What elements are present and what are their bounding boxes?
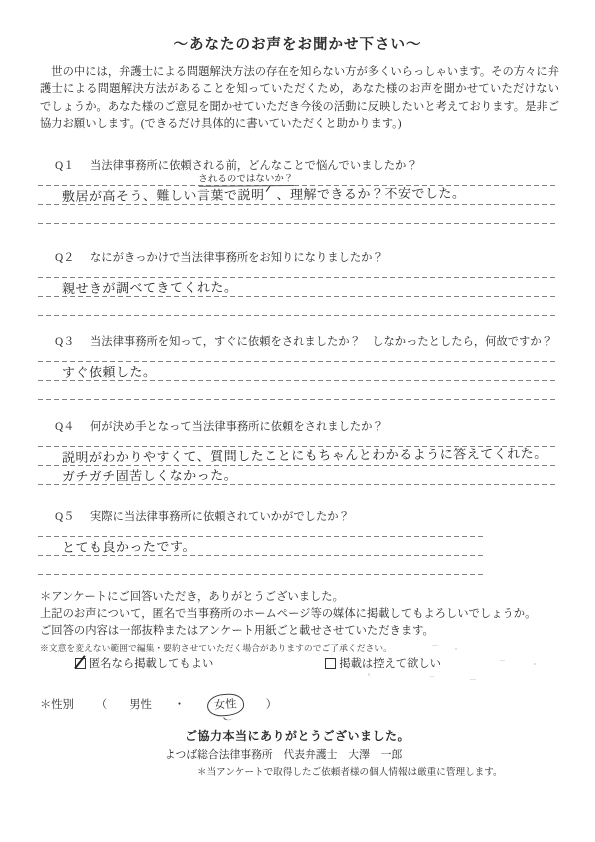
consent-checkbox-row: 匿名なら掲載してもよい 掲載は控えて欲しい [75, 655, 555, 671]
question-text: 何が決め手となって当法律事務所に依頼をされましたか？ [90, 420, 557, 435]
handwritten-answer: ガチガチ固苦しくなかった。 [62, 464, 237, 485]
question-row: Q１ 当法律事務所に依頼される前，どんなことで悩んでいましたか？ [40, 159, 557, 174]
scan-noise [470, 679, 476, 680]
scan-noise [534, 663, 536, 665]
question-row: Q４ 何が決め手となって当法律事務所に依頼をされましたか？ [40, 420, 557, 435]
question-label: Q５ [40, 510, 90, 525]
question-block-q3: Q３ 当法律事務所を知って，すぐに依頼をされましたか？ しなかったとしたら，何故… [40, 335, 557, 405]
question-label: Q３ [40, 335, 90, 350]
gender-paren-close: ） [266, 699, 277, 711]
question-text: 当法律事務所に依頼される前，どんなことで悩んでいましたか？ [90, 159, 557, 174]
answer-text-before: 敷居が高そう、難しい言葉で説明 [62, 188, 265, 205]
answer-text-after: 、理解できるか？不安でした。 [276, 186, 465, 203]
dashed-line [38, 223, 555, 224]
closing-thanks-note: ＊アンケートにご回答いただき，ありがとうございました。 [40, 589, 559, 606]
closing-publish-detail: ご回答の内容は一部抜粋またはアンケート用紙ごと載せさせていただきます。 [40, 623, 559, 640]
answer-area: 説明がわかりやすくて、質問したことにもちゃんとわかるように答えてくれた。 ガチガ… [40, 446, 557, 490]
question-label: Q１ [40, 159, 90, 174]
scan-noise [430, 676, 434, 677]
answer-area: 敷居が高そう、難しい言葉で説明されるのではないか？、理解できるか？不安でした。 [40, 185, 557, 229]
edit-note: ※文意を変えない範囲で編集・要約させていただく場合がありますのでご了承ください。 [40, 641, 559, 654]
gender-paren-open: （ [96, 699, 107, 711]
handwritten-answer: すぐ依頼した。 [62, 361, 157, 381]
insertion-caret-mark [265, 186, 276, 196]
dashed-line [38, 574, 484, 575]
dashed-line [38, 315, 555, 316]
question-block-q4: Q４ 何が決め手となって当法律事務所に依頼をされましたか？ 説明がわかりやすくて… [40, 420, 557, 490]
closing-notes: ＊アンケートにご回答いただき，ありがとうございました。 上記のお声について，匿名… [40, 589, 559, 641]
checkbox-decline-label: 掲載は控えて欲しい [339, 655, 441, 671]
question-block-q1: Q１ 当法律事務所に依頼される前，どんなことで悩んでいましたか？ 敷居が高そう、… [40, 159, 557, 229]
handwritten-answer: 親せきが調べてきてくれた。 [62, 276, 238, 297]
question-row: Q５ 実際に当法律事務所に依頼されていかがでしたか？ [40, 510, 557, 525]
question-block-q2: Q２ なにがきっかけで当法律事務所をお知りになりましたか？ 親せきが調べてきてく… [40, 251, 557, 321]
handwritten-answer: とても良かったです。 [62, 536, 196, 556]
gender-option-female-circled: 女性 [206, 693, 244, 718]
intro-paragraph: 世の中には，弁護士による問題解決方法の存在を知らない方が多くいらっしゃいます。そ… [40, 64, 559, 134]
thank-you-line: ご協力本当にありがとうございました。 [0, 727, 595, 744]
scan-noise [368, 673, 370, 676]
question-label: Q４ [40, 420, 90, 435]
answer-area: すぐ依頼した。 [40, 361, 557, 405]
scan-noise [500, 660, 505, 661]
checkbox-anonymous-ok [75, 658, 86, 669]
survey-page: ～あなたのお声をお聞かせ下さい～ 世の中には，弁護士による問題解決方法の存在を知… [0, 0, 595, 842]
checkbox-anonymous-ok-label: 匿名なら掲載してもよい [89, 655, 213, 671]
gender-separator: ・ [174, 699, 185, 711]
closing-publish-question: 上記のお声について，匿名で当事務所のホームページ等の媒体に掲載してもよろしいでし… [40, 606, 559, 623]
gender-row: ＊性別（男性・女性） [40, 694, 559, 716]
question-text: なにがきっかけで当法律事務所をお知りになりましたか？ [90, 251, 557, 266]
handwritten-insertion: されるのではないか？ [198, 170, 293, 187]
question-text: 当法律事務所を知って，すぐに依頼をされましたか？ しなかったとしたら，何故ですか… [90, 335, 557, 350]
insertion-anchor: されるのではないか？ [264, 189, 276, 199]
dashed-line [38, 399, 555, 400]
question-row: Q２ なにがきっかけで当法律事務所をお知りになりましたか？ [40, 251, 557, 266]
question-row: Q３ 当法律事務所を知って，すぐに依頼をされましたか？ しなかったとしたら，何故… [40, 335, 557, 350]
scan-noise [455, 648, 457, 650]
office-signature-line: よつば総合法律事務所 代表弁護士 大澤 一郎 [0, 747, 581, 762]
checkbox-decline [325, 658, 336, 669]
answer-area: とても良かったです。 [40, 536, 557, 580]
handwritten-answer: 説明がわかりやすくて、質問したことにもちゃんとわかるように答えてくれた。 [62, 443, 548, 466]
answer-area: 親せきが調べてきてくれた。 [40, 277, 557, 321]
privacy-note: ＊当アンケートで取得したご依頼者様の個人情報は厳重に管理します。 [197, 764, 577, 778]
gender-label: ＊性別 [40, 699, 74, 711]
gender-option-male: 男性 [129, 699, 152, 711]
scan-noise [432, 645, 438, 646]
question-block-q5: Q５ 実際に当法律事務所に依頼されていかがでしたか？ とても良かったです。 [40, 510, 557, 580]
page-title: ～あなたのお声をお聞かせ下さい～ [0, 33, 595, 54]
handwritten-answer: 敷居が高そう、難しい言葉で説明されるのではないか？、理解できるか？不安でした。 [62, 182, 466, 205]
handwritten-check-mark [73, 655, 88, 669]
question-label: Q２ [40, 251, 90, 266]
question-text: 実際に当法律事務所に依頼されていかがでしたか？ [90, 510, 557, 525]
